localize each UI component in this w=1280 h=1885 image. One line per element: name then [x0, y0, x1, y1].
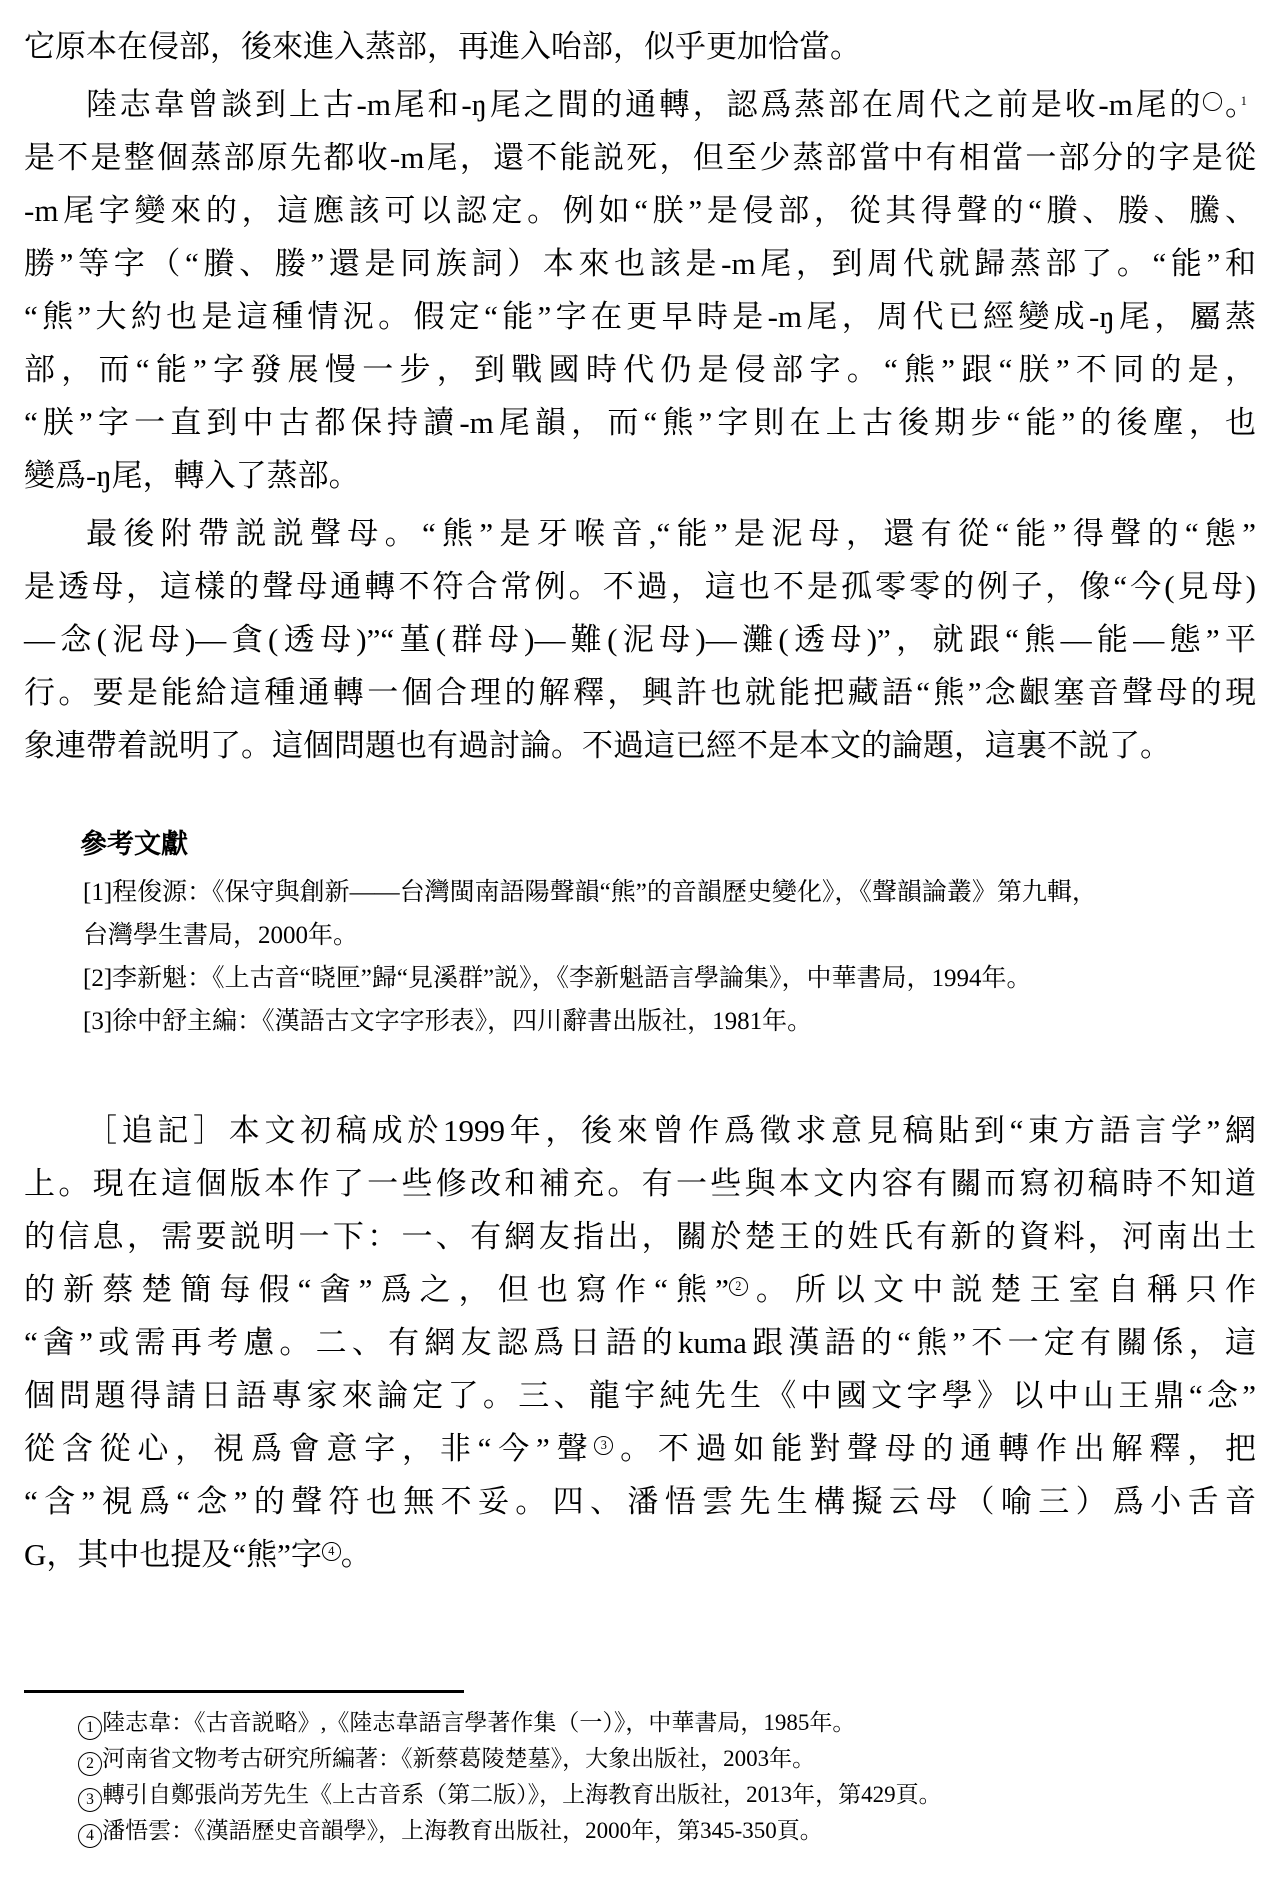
footnote-item: 3轉引自鄭張尚芳先生《上古音系（第二版）》，上海教育出版社，2013年，第429… [78, 1777, 1240, 1813]
text-line: 最後附帶説説聲母。“熊”是牙喉音,“能”是泥母，還有從“能”得聲的“態” [24, 507, 1256, 560]
circled-number: 4 [322, 1542, 341, 1561]
text-line: 個問題得請日語專家來論定了。三、龍宇純先生《中國文字學》以中山王鼎“念” [24, 1369, 1256, 1422]
text-line: 部，而“能”字發展慢一步，到戰國時代仍是侵部字。“熊”跟“朕”不同的是， [24, 343, 1256, 396]
reference-item: [1]程俊源：《保守與創新——台灣閩南語陽聲韻“熊”的音韻歷史變化》，《聲韻論叢… [83, 871, 1235, 957]
paragraph: 它原本在侵部，後來進入蒸部，再進入咍部，似乎更加恰當。 [24, 20, 1256, 73]
footnote-ref: 3 [594, 1432, 613, 1452]
footnote-item: 2河南省文物考古研究所編著：《新蔡葛陵楚墓》，大象出版社，2003年。 [78, 1741, 1240, 1777]
references-list: [1]程俊源：《保守與創新——台灣閩南語陽聲韻“熊”的音韻歷史變化》，《聲韻論叢… [83, 871, 1235, 1043]
circled-number: 3 [78, 1788, 102, 1812]
footnote-separator [24, 1690, 464, 1693]
text-line: “朕”字一直到中古都保持讀-m尾韻，而“熊”字則在上古後期步“能”的後塵，也 [24, 396, 1256, 449]
reference-item: [2]李新魁：《上古音“晓匣”歸“見溪群”説》，《李新魁語言學論集》，中華書局，… [83, 957, 1235, 1000]
text-line: [1]程俊源：《保守與創新——台灣閩南語陽聲韻“熊”的音韻歷史變化》，《聲韻論叢… [83, 871, 1235, 914]
circled-number: 1 [78, 1716, 102, 1740]
text-line: 的信息，需要説明一下：一、有網友指出，關於楚王的姓氏有新的資料，河南出土 [24, 1210, 1256, 1263]
text-line: 象連帶着説明了。這個問題也有過討論。不過這已經不是本文的論題，這裏不説了。 [24, 719, 1256, 772]
text-line: “含”視爲“念”的聲符也無不妥。四、潘悟雲先生構擬云母（喻三）爲小舌音 [24, 1475, 1256, 1528]
text-line: 上。現在這個版本作了一些修改和補充。有一些與本文内容有關而寫初稿時不知道 [24, 1157, 1256, 1210]
circled-number: 4 [78, 1824, 102, 1848]
text-line: 是不是整個蒸部原先都收-m尾，還不能説死，但至少蒸部當中有相當一部分的字是從 [24, 131, 1256, 184]
footnote-ref: 1 [1203, 88, 1222, 108]
footnote-ref: 2 [729, 1273, 748, 1293]
paragraph: 陸志韋曾談到上古-m尾和-ŋ尾之間的通轉，認爲蒸部在周代之前是收-m尾的1。是不… [24, 78, 1256, 502]
text-line: [2]李新魁：《上古音“晓匣”歸“見溪群”説》，《李新魁語言學論集》，中華書局，… [83, 957, 1235, 1000]
text-line: 從含從心，視爲會意字，非“今”聲3。不過如能對聲母的通轉作出解釋，把 [24, 1422, 1256, 1475]
text-line: 它原本在侵部，後來進入蒸部，再進入咍部，似乎更加恰當。 [24, 20, 1256, 73]
text-line: “熊”大約也是這種情況。假定“能”字在更早時是-m尾，周代已經變成-ŋ尾，屬蒸 [24, 290, 1256, 343]
reference-item: [3]徐中舒主編：《漢語古文字字形表》，四川辭書出版社，1981年。 [83, 1000, 1235, 1043]
text-line: 的新蔡楚簡每假“酓”爲之，但也寫作“熊”2。所以文中説楚王室自稱只作 [24, 1263, 1256, 1316]
references-heading: 參考文獻 [80, 828, 188, 860]
text-line: 台灣學生書局，2000年。 [83, 914, 1235, 957]
text-line: 是透母，這樣的聲母通轉不符合常例。不過，這也不是孤零零的例子，像“今(見母) [24, 560, 1256, 613]
text-line: “酓”或需再考慮。二、有網友認爲日語的kuma跟漢語的“熊”不一定有關係，這 [24, 1316, 1256, 1369]
text-line: 勝”等字（“賸、媵”還是同族詞）本來也該是-m尾，到周代就歸蒸部了。“能”和 [24, 237, 1256, 290]
postscript-paragraph: ［追記］本文初稿成於1999年，後來曾作爲徵求意見稿貼到“東方語言学”網上。現在… [24, 1104, 1256, 1581]
text-line: [3]徐中舒主編：《漢語古文字字形表》，四川辭書出版社，1981年。 [83, 1000, 1235, 1043]
footnote-ref: 4 [322, 1538, 341, 1558]
circled-number: 1 [1203, 92, 1222, 111]
text-line: -m尾字變來的，這應該可以認定。例如“朕”是侵部，從其得聲的“賸、媵、騰、 [24, 184, 1256, 237]
text-line: ［追記］本文初稿成於1999年，後來曾作爲徵求意見稿貼到“東方語言学”網 [24, 1104, 1256, 1157]
paragraph: 最後附帶説説聲母。“熊”是牙喉音,“能”是泥母，還有從“能”得聲的“態”是透母，… [24, 507, 1256, 772]
circled-number: 2 [78, 1752, 102, 1776]
text-line: —念(泥母)—貪(透母)”“堇(群母)—難(泥母)—灘(透母)”，就跟“熊—能—… [24, 613, 1256, 666]
circled-number: 3 [594, 1436, 613, 1455]
footnote-item: 4潘悟雲：《漢語歷史音韻學》，上海教育出版社，2000年，第345-350頁。 [78, 1813, 1240, 1849]
article-body: 它原本在侵部，後來進入蒸部，再進入咍部，似乎更加恰當。陸志韋曾談到上古-m尾和-… [24, 20, 1256, 772]
text-line: 陸志韋曾談到上古-m尾和-ŋ尾之間的通轉，認爲蒸部在周代之前是收-m尾的1。 [24, 78, 1256, 131]
paper-page: { "page": { "background": "#ffffff", "te… [0, 0, 1280, 1885]
text-line: 變爲-ŋ尾，轉入了蒸部。 [24, 449, 1256, 502]
footnote-item: 1陸志韋：《古音説略》,《陸志韋語言學著作集（一）》，中華書局，1985年。 [78, 1705, 1240, 1741]
text-line: 行。要是能給這種通轉一個合理的解釋，興許也就能把藏語“熊”念齦塞音聲母的現 [24, 666, 1256, 719]
text-line: G，其中也提及“熊”字4。 [24, 1528, 1256, 1581]
footnotes-list: 1陸志韋：《古音説略》,《陸志韋語言學著作集（一）》，中華書局，1985年。2河… [78, 1705, 1240, 1849]
circled-number: 2 [729, 1277, 748, 1296]
